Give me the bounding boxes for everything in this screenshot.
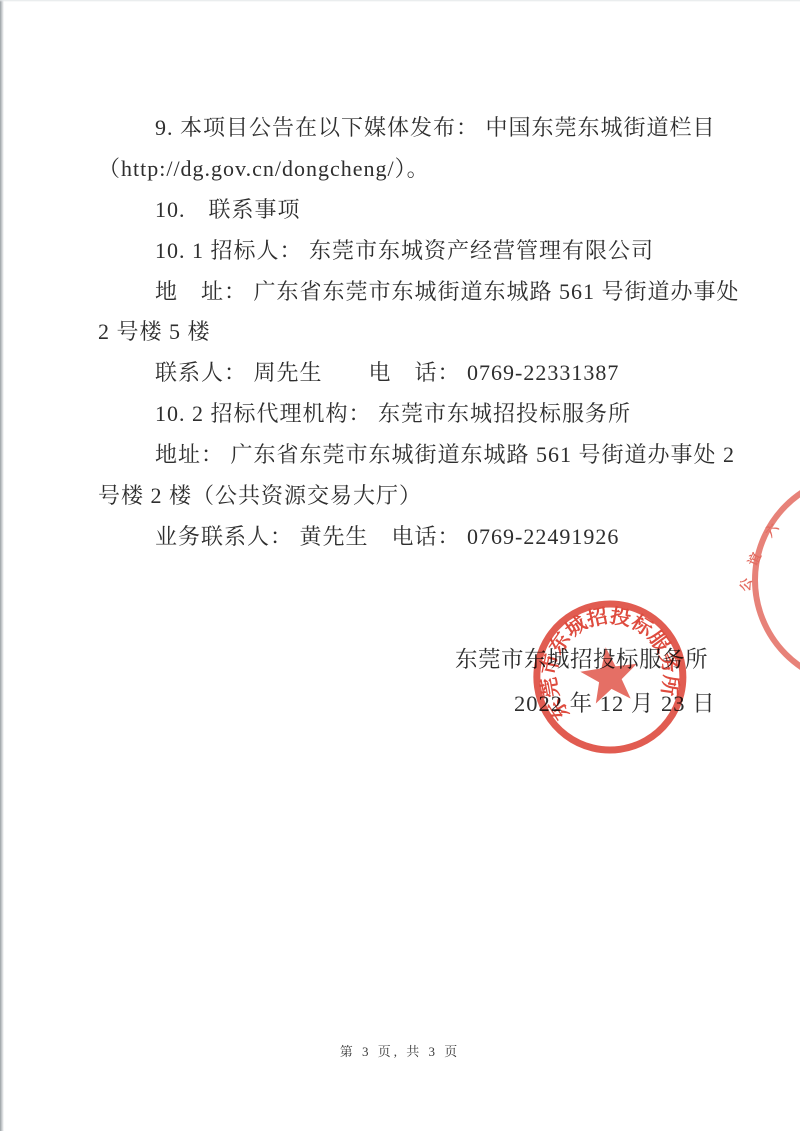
scan-edge-top <box>0 0 800 2</box>
text-line: 号楼 2 楼（公共资源交易大厅） <box>98 476 708 517</box>
text-line: 地址： 广东省东莞市东城街道东城路 561 号街道办事处 2 <box>98 435 708 476</box>
partial-seal-arc <box>755 488 800 685</box>
footer-page-number: 第 3 页, 共 3 页 <box>0 1041 800 1060</box>
official-seal: 东莞市东城招投标服务所 <box>508 576 711 779</box>
text-line: 10. 1 招标人： 东莞市东城资产经营管理有限公司 <box>98 231 708 272</box>
text-line: 10. 2 招标代理机构： 东莞市东城招投标服务所 <box>98 394 708 435</box>
text-line: 联系人： 周先生 电 话： 0769-22331387 <box>98 353 708 394</box>
partial-seal: 六 谊 公 <box>718 488 800 688</box>
document-page: 9. 本项目公告在以下媒体发布： 中国东莞东城街道栏目（http://dg.go… <box>0 0 800 1131</box>
text-line: 9. 本项目公告在以下媒体发布： 中国东莞东城街道栏目 <box>98 108 708 149</box>
seal-star-icon <box>577 643 641 705</box>
text-line: 业务联系人： 黄先生 电话： 0769-22491926 <box>98 517 708 558</box>
text-line: 地 址： 广东省东莞市东城街道东城路 561 号街道办事处 <box>98 272 708 313</box>
text-line: 2 号楼 5 楼 <box>98 312 708 353</box>
document-body: 9. 本项目公告在以下媒体发布： 中国东莞东城街道栏目（http://dg.go… <box>98 108 708 558</box>
scan-edge-left <box>0 0 4 1131</box>
text-line: 10. 联系事项 <box>98 190 708 231</box>
text-line: （http://dg.gov.cn/dongcheng/）。 <box>98 149 708 190</box>
